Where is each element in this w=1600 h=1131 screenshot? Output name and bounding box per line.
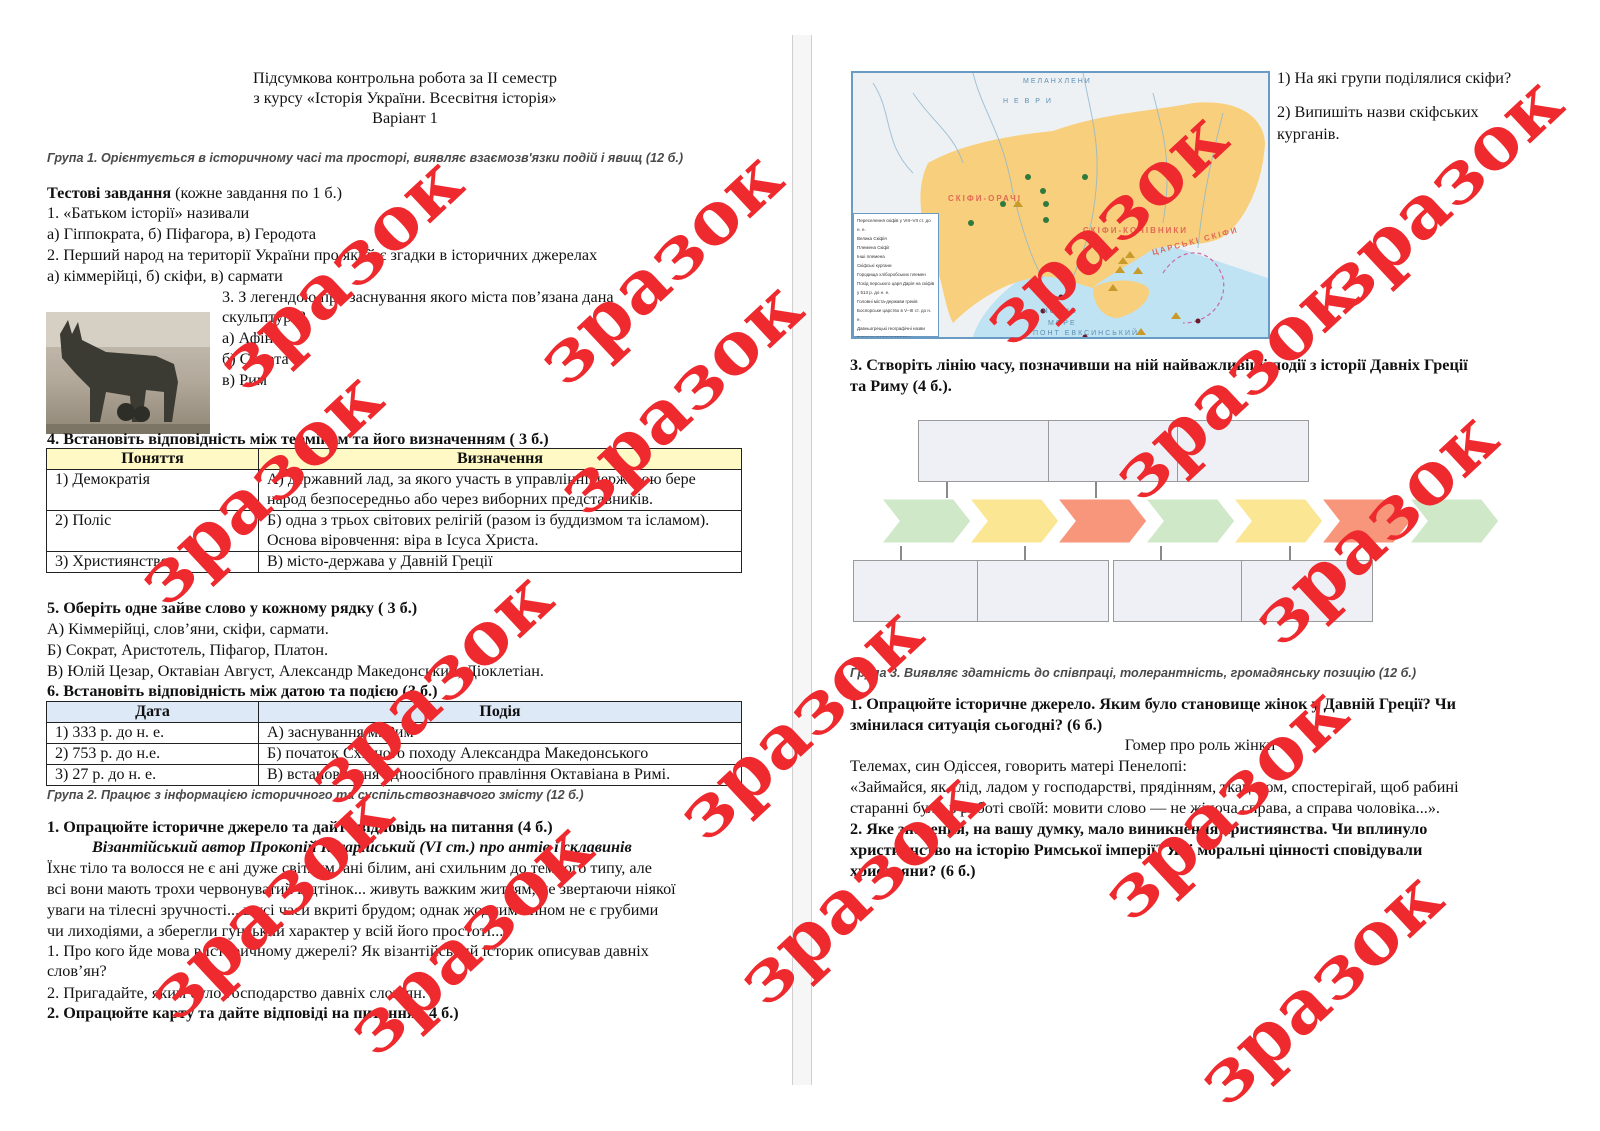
question-5: 5. Оберіть одне зайве слово у кожному ря… <box>47 598 417 618</box>
map-question-1: 1) На які групи поділялися скіфи? <box>1277 68 1511 88</box>
legend-item: Переселення скіфів у VIII–VII ст. до н. … <box>857 216 935 234</box>
table-row: 1) Демократія А) державний лад, за якого… <box>47 470 742 511</box>
timeline-top-box-1[interactable] <box>918 420 1050 482</box>
subquestion-2: 2. Пригадайте, яким було господарство да… <box>47 983 426 1003</box>
page-edge-left <box>792 35 793 1085</box>
homer-source-line-1: Телемах, син Одіссея, говорить матері Пе… <box>850 756 1187 776</box>
question-1: 1. «Батьком історії» називали <box>47 203 249 223</box>
source-line-3: уваги на тілесні зручності... в усі часи… <box>47 900 658 920</box>
source-line-2: всі вони мають трохи червонуватий відтін… <box>47 879 676 899</box>
question-5-row-a: А) Кіммерійці, слов’яни, скіфи, сармати. <box>47 619 329 639</box>
question-5-row-b: Б) Сократ, Аристотель, Піфагор, Платон. <box>47 640 328 660</box>
source-line-4: чи лиходіями, а зберегли гунський характ… <box>47 921 503 941</box>
homer-source-title: Гомер про роль жінки <box>850 735 1550 755</box>
table-row: 3) Християнство В) місто-держава у Давні… <box>47 552 742 573</box>
question-3-option-b: б) Спарта <box>222 349 289 369</box>
col-header-definition: Визначення <box>259 449 742 470</box>
source-line-1: Їхнє тіло та волосся не є ані дуже світл… <box>47 858 652 878</box>
question-3-line-1: 3. З легендою про заснування якого міста… <box>222 287 614 307</box>
question-3-line-2: скульптура? <box>222 307 306 327</box>
map-legend: Переселення скіфів у VIII–VII ст. до н. … <box>853 213 939 337</box>
scythia-map: СКІФИ-ОРАЧІ СКІФИ-КОЧІВНИКИ ЦАРСЬКІ СКІФ… <box>851 71 1270 339</box>
group3-question-1-line-2: змінилася ситуація сьогодні? (6 б.) <box>850 715 1102 735</box>
timeline-bottom-box-4[interactable] <box>1241 560 1373 622</box>
subquestion-1-line-2: слов’ян? <box>47 961 107 981</box>
map-label: СКІФИ-ОРАЧІ <box>948 194 1022 203</box>
homer-source-line-2: «Займайся, як слід, ладом у господарстві… <box>850 777 1459 797</box>
timeline-top-box-3[interactable] <box>1177 420 1309 482</box>
date-cell: 2) 753 р. до н.е. <box>47 744 259 765</box>
date-cell: 1) 333 р. до н. е. <box>47 723 259 744</box>
legend-item: Велика Скіфія <box>857 234 935 243</box>
homer-source-line-3: старанні були в роботі своїй: мовити сло… <box>850 798 1440 818</box>
col-header-date: Дата <box>47 702 259 723</box>
group1-heading: Група 1. Орієнтується в історичному часі… <box>47 150 737 166</box>
legend-item: Давньогрецькі географічні назви <box>857 324 935 333</box>
question-4: 4. Встановіть відповідність між терміном… <box>47 429 549 449</box>
table-row: 2) 753 р. до н.е. Б) початок Східного по… <box>47 744 742 765</box>
group3-question-2-line-2: християнство на історію Римської імперії… <box>850 840 1422 860</box>
map-question-2-line-2: курганів. <box>1277 124 1340 144</box>
timeline-top-box-2[interactable] <box>1048 420 1180 482</box>
legend-item: Скіфські кургани <box>857 261 935 270</box>
legend-item: Похід перського царя Дарія на скіфів у 5… <box>857 279 935 297</box>
group3-question-2-line-1: 2. Яке значення, на вашу думку, мало вин… <box>850 819 1427 839</box>
term-cell: 1) Демократія <box>47 470 259 511</box>
definition-cell: Б) одна з трьох світових релігій (разом … <box>259 511 742 552</box>
table-row: 2) Поліс Б) одна з трьох світових релігі… <box>47 511 742 552</box>
group2-question-2: 2. Опрацюйте карту та дайте відповіді на… <box>47 1003 459 1023</box>
terms-table-header: Поняття Визначення <box>47 449 742 470</box>
term-cell: 2) Поліс <box>47 511 259 552</box>
svg-text:МОРЕ: МОРЕ <box>1048 320 1077 327</box>
doc-title-variant: Варіант 1 <box>200 108 610 128</box>
dates-table-header: Дата Подія <box>47 702 742 723</box>
legend-item: Боспорське царство в V–III ст. до н. е. <box>857 306 935 324</box>
col-header-term: Поняття <box>47 449 259 470</box>
legend-item: Інші племена <box>857 252 935 261</box>
definition-cell: В) місто-держава у Давній Греції <box>259 552 742 573</box>
doc-title-line-1: Підсумкова контрольна робота за ІІ семес… <box>200 68 610 88</box>
svg-text:ЧОРНЕ: ЧОРНЕ <box>1043 308 1078 315</box>
legend-item: Городища хліборобських племен <box>857 270 935 279</box>
watermark: зразок <box>1300 58 1580 328</box>
question-5-row-c: В) Юлій Цезар, Октавіан Август, Александ… <box>47 661 544 681</box>
group3-question-1-line-1: 1. Опрацюйте історичне джерело. Яким бул… <box>850 694 1456 714</box>
timeline-bottom-box-2[interactable] <box>977 560 1109 622</box>
legend-item: Кордони сучасної України <box>857 333 935 339</box>
event-cell: В) встановлення одноосібного правління О… <box>259 765 742 786</box>
svg-text:МЕЛАНХЛЕНИ: МЕЛАНХЛЕНИ <box>1023 78 1092 85</box>
page-gap <box>793 35 811 1085</box>
watermark: зразок <box>1180 853 1460 1123</box>
capitoline-wolf-image <box>46 312 210 434</box>
col-header-event: Подія <box>259 702 742 723</box>
tests-heading: Тестові завдання (кожне завдання по 1 б.… <box>47 183 342 203</box>
table-row: 1) 333 р. до н. е. А) заснування м. Рим <box>47 723 742 744</box>
event-cell: А) заснування м. Рим <box>259 723 742 744</box>
timeline-bottom-box-1[interactable] <box>853 560 985 622</box>
question-1-options: а) Гіппократа, б) Піфагора, в) Геродота <box>47 224 316 244</box>
event-cell: Б) початок Східного походу Александра Ма… <box>259 744 742 765</box>
term-cell: 3) Християнство <box>47 552 259 573</box>
terms-table: Поняття Визначення 1) Демократія А) держ… <box>46 448 742 573</box>
timeline-arrows <box>880 498 1520 548</box>
table-row: 3) 27 р. до н. е. В) встановлення одноос… <box>47 765 742 786</box>
dates-table: Дата Подія 1) 333 р. до н. е. А) заснува… <box>46 701 742 786</box>
svg-text:ПОНТ ЕВКСИНСЬКИЙ: ПОНТ ЕВКСИНСЬКИЙ <box>1033 328 1139 337</box>
question-3-option-c: в) Рим <box>222 370 267 390</box>
definition-cell: А) державний лад, за якого участь в упра… <box>259 470 742 511</box>
tests-heading-rest: (кожне завдання по 1 б.) <box>171 184 342 202</box>
legend-item: Головні міста-держави греків <box>857 297 935 306</box>
timeline-question-line-2: та Риму (4 б.). <box>850 376 952 396</box>
question-2-options: а) кіммерійці, б) скіфи, в) сармати <box>47 266 283 286</box>
source-title: Візантійський автор Прокопій Кесарійськи… <box>92 837 632 857</box>
question-6: 6. Встановіть відповідність між датою та… <box>47 681 438 701</box>
group2-question-1: 1. Опрацюйте історичне джерело та дайте … <box>47 817 553 837</box>
svg-text:Н Е В Р И: Н Е В Р И <box>1003 98 1053 105</box>
wolf-sculpture-icon <box>46 312 210 434</box>
timeline-bottom-box-3[interactable] <box>1113 560 1245 622</box>
timeline-question-line-1: 3. Створіть лінію часу, позначивши на ні… <box>850 355 1468 375</box>
group3-question-2-line-3: християни? (6 б.) <box>850 861 976 881</box>
group2-heading: Група 2. Працює з інформацією історичног… <box>47 787 584 803</box>
map-label: СКІФИ-КОЧІВНИКИ <box>1083 226 1188 235</box>
subquestion-1-line-1: 1. Про кого йде мова в історичному джере… <box>47 941 649 961</box>
date-cell: 3) 27 р. до н. е. <box>47 765 259 786</box>
watermark: зразок <box>520 133 800 403</box>
page-edge-right <box>811 35 812 1085</box>
doc-title-line-2: з курсу «Історія України. Всесвітня істо… <box>200 88 610 108</box>
tests-heading-bold: Тестові завдання <box>47 184 171 202</box>
group3-heading: Група 3. Виявляє здатність до співпраці,… <box>850 665 1416 681</box>
legend-item: Племена Скіфії <box>857 243 935 252</box>
map-question-2-line-1: 2) Випишіть назви скіфських <box>1277 102 1479 122</box>
question-2: 2. Перший народ на території України про… <box>47 245 597 265</box>
question-3-option-a: а) Афіни <box>222 328 282 348</box>
